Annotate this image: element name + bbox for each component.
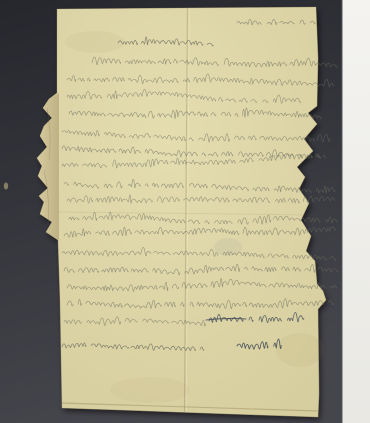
photo-frame xyxy=(0,0,370,423)
paper-stain xyxy=(65,31,125,53)
paper-stain xyxy=(110,377,190,403)
letter-photograph xyxy=(0,0,370,423)
photo-edge xyxy=(341,0,343,423)
paper-stain xyxy=(276,333,324,367)
paper-speck xyxy=(4,183,8,190)
